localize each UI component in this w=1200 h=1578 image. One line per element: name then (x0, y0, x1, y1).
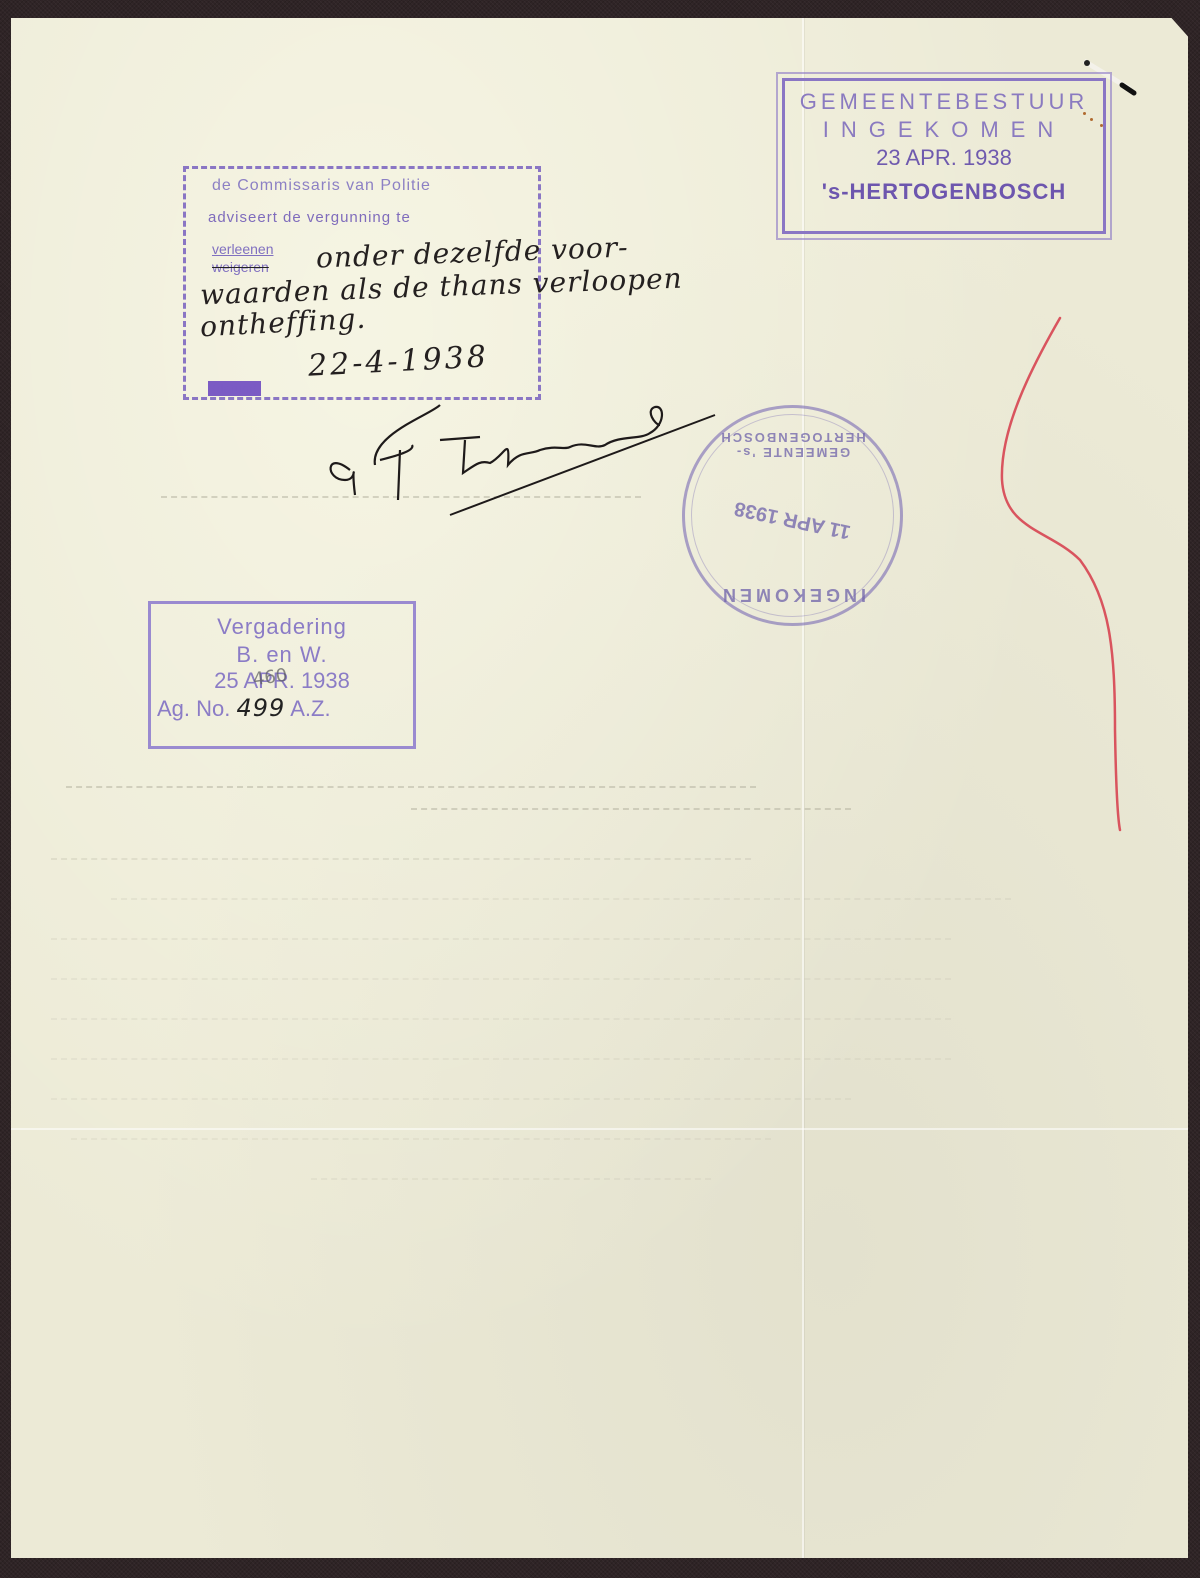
show-through-text-line (51, 1098, 851, 1102)
stamp-option-granted: verleenen (212, 241, 274, 257)
gemeentebestuur-received-stamp: GEMEENTEBESTUUR INGEKOMEN 23 APR. 1938 '… (782, 78, 1106, 234)
stamp-line-gemeentebestuur: GEMEENTEBESTUUR (785, 89, 1103, 115)
red-pencil-line (990, 310, 1140, 850)
horizontal-fold-crease (11, 1128, 1188, 1130)
signature: A. G. Snelkens (320, 395, 730, 530)
received-circular-stamp: INGEKOMEN 11 APR 1938 GEMEENTE 's-HERTOG… (682, 405, 903, 626)
stamp-line-ingekomen: INGEKOMEN (785, 117, 1103, 143)
stamp-agenda-number: Ag. No. 499 A.Z. (151, 694, 413, 722)
vertical-fold-crease (802, 18, 804, 1558)
stamp-line-vergadering: Vergadering (151, 614, 413, 640)
agenda-number-handwritten: 499 (237, 694, 286, 722)
show-through-text-line (111, 898, 1011, 902)
agenda-prefix: Ag. No. (157, 696, 230, 721)
show-through-text-line (51, 1018, 951, 1022)
stamp-ring-bottom-text: GEMEENTE 's-HERTOGENBOSCH (685, 430, 900, 460)
council-meeting-stamp: Vergadering B. en W. 25 APR. 1938 Ag. No… (148, 601, 416, 749)
stamp-line-commissaris: de Commissaris van Politie (212, 177, 431, 195)
stamp-line-b-en-w: B. en W. (151, 642, 413, 668)
stamp-option-refused: weigeren (212, 259, 269, 275)
show-through-text-line (51, 938, 951, 942)
stamp-line-advice: adviseert de vergunning te (208, 209, 411, 226)
stamp-footer-smudged: (datum) (208, 381, 261, 396)
show-through-text-line (311, 1178, 711, 1182)
show-through-text-line (51, 978, 951, 982)
show-through-text-line (411, 808, 851, 812)
stamp-city: 's-HERTOGENBOSCH (785, 179, 1103, 205)
stamp-ring-top-text: INGEKOMEN (685, 584, 900, 605)
show-through-text-line (71, 1138, 771, 1142)
show-through-text-line (51, 1058, 951, 1062)
stamp-date: 23 APR. 1938 (785, 145, 1103, 171)
show-through-text-line (66, 786, 756, 790)
agenda-suffix: A.Z. (290, 696, 330, 721)
show-through-text-line (51, 858, 751, 862)
